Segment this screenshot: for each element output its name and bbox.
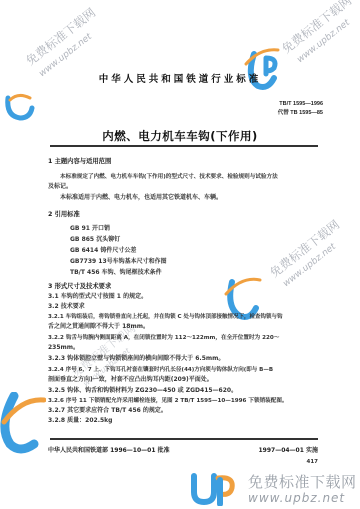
watermark-site-name: 免费标准下载网 — [248, 471, 357, 492]
clause-3-2: 3.2 技术要求 — [48, 302, 85, 312]
watermark-url: www.upbz.net — [296, 19, 352, 65]
watermark-url: www.upbz.net — [282, 243, 338, 289]
standard-code-block: TB/T 1595—1996 代替 TB 1595—85 — [278, 100, 323, 118]
reference-standard: GB 6414 铸件尺寸公差 — [70, 245, 136, 254]
clause-3-2-4-line-1: 3.2.4 序号 6、7 上、下钩耳孔衬套在镶套时内孔长径(44)方向须与钩体纵… — [48, 365, 273, 375]
clause-3-1: 3.1 车钩的型式尺寸按图 1 的规定。 — [48, 292, 147, 302]
footer-divider — [50, 438, 318, 440]
clause-3-2-4-line-2: 剖面垂直之方向)一致，衬套不应凸出钩耳内距(209)平面处。 — [48, 375, 213, 385]
effective-date: 1997—04—01 实施 — [259, 445, 319, 454]
section-1-heading: 1 主题内容与适用范围 — [48, 156, 111, 165]
upbz-logo-icon — [4, 90, 38, 124]
reference-standard: GB 91 开口销 — [70, 223, 110, 232]
watermark-top-right: 免费标准下载网 www.upbz.net — [240, 0, 360, 100]
document-page: 免费标准下载网 www.upbz.net 免费标准下载网 www.upbz.ne… — [0, 0, 360, 509]
clause-3-2-1-line-1: 3.2.1 车钩组装后，将钩锁垂直向上托起，并在钩锁 C 处与钩体顶部接触情况下… — [48, 312, 282, 322]
clause-3-2-6: 3.2.6 序号 11 下锁销配允许采用螺栓连接，见图 2 TB/T 1595—… — [48, 396, 288, 406]
replaces-standard: 代替 TB 1595—85 — [278, 109, 323, 118]
clause-3-2-2-line-1: 3.2.2 钩舌与钩腕内侧面距离 A，在闭锁位置时为 112～122mm，在全开… — [48, 333, 279, 343]
title-divider — [50, 145, 318, 147]
watermark-site-name: 免费标准下载网 — [280, 0, 354, 55]
clause-3-2-7: 3.2.7 其它要求应符合 TB/T 456 的规定。 — [48, 406, 167, 416]
reference-standard: GB7739 13号车钩基本尺寸和作图 — [70, 256, 167, 265]
section-3-heading: 3 形式尺寸及技术要求 — [48, 281, 111, 290]
document-title: 内燃、电力机车车钩(下作用) — [0, 128, 360, 144]
upbz-logo-icon — [0, 392, 46, 456]
section-2-heading: 2 引用标准 — [48, 209, 80, 218]
reference-standard: TB/T 456 车钩、钩尾框技术条件 — [70, 267, 162, 276]
watermark-site-name: 免费标准下载网 — [24, 6, 98, 67]
section-1-paragraph-1-line-2: 及标记。 — [48, 182, 72, 192]
watermark-top-left: 免费标准下载网 www.upbz.net — [10, 10, 130, 120]
clause-3-2-1-line-2: 舌之间之贯通间隙不得大于 18mm。 — [48, 322, 149, 332]
org-standard-title: 中华人民共和国铁道行业标准 — [0, 71, 360, 85]
clause-3-2-8: 3.2.8 质量：202.5kg — [48, 416, 112, 426]
section-1-paragraph-2: 本标准适用于内燃、电力机车，也适用其它铁道机车、车辆。 — [60, 193, 222, 203]
watermark-url: www.upbz.net — [248, 491, 345, 505]
upbz-logo-icon — [190, 472, 236, 506]
watermark-site-name: 免费标准下载网 — [268, 218, 342, 279]
issued-by-date: 中华人民共和国铁道部 1996—10—01 批准 — [48, 445, 170, 454]
clause-3-2-5: 3.2.5 钩体、钩舌和钩锁材料为 ZG230—450 或 ZGD415—620… — [48, 386, 237, 396]
reference-standard: GB 865 沉头铆钉 — [70, 234, 120, 243]
standard-number: TB/T 1595—1996 — [278, 100, 323, 109]
section-1-paragraph-1-line-1: 本标准规定了内燃、电力机车车钩(下作用)的型式尺寸、技术要求、检验规则与试验方法 — [60, 172, 278, 182]
page-number: 417 — [307, 459, 318, 465]
clause-3-2-3: 3.2.3 钩体锁腔立壁与钩锁锁座间的横向间隙不得大于 6.5mm。 — [48, 354, 224, 364]
watermark-bottom-banner: 免费标准下载网 www.upbz.net — [190, 470, 360, 509]
clause-3-2-2-line-2: 235mm。 — [48, 343, 79, 353]
